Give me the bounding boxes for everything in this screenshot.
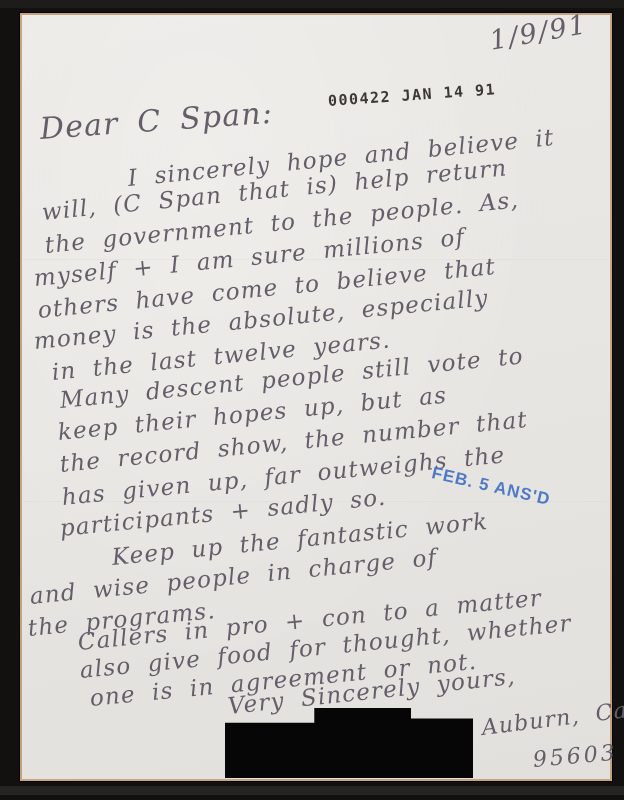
scanner-edge-bottom xyxy=(0,786,624,795)
scanned-letter-page: 1/9/91 000422 JAN 14 91 Dear C Span: I s… xyxy=(0,0,624,800)
scanner-edge-top xyxy=(0,0,624,8)
